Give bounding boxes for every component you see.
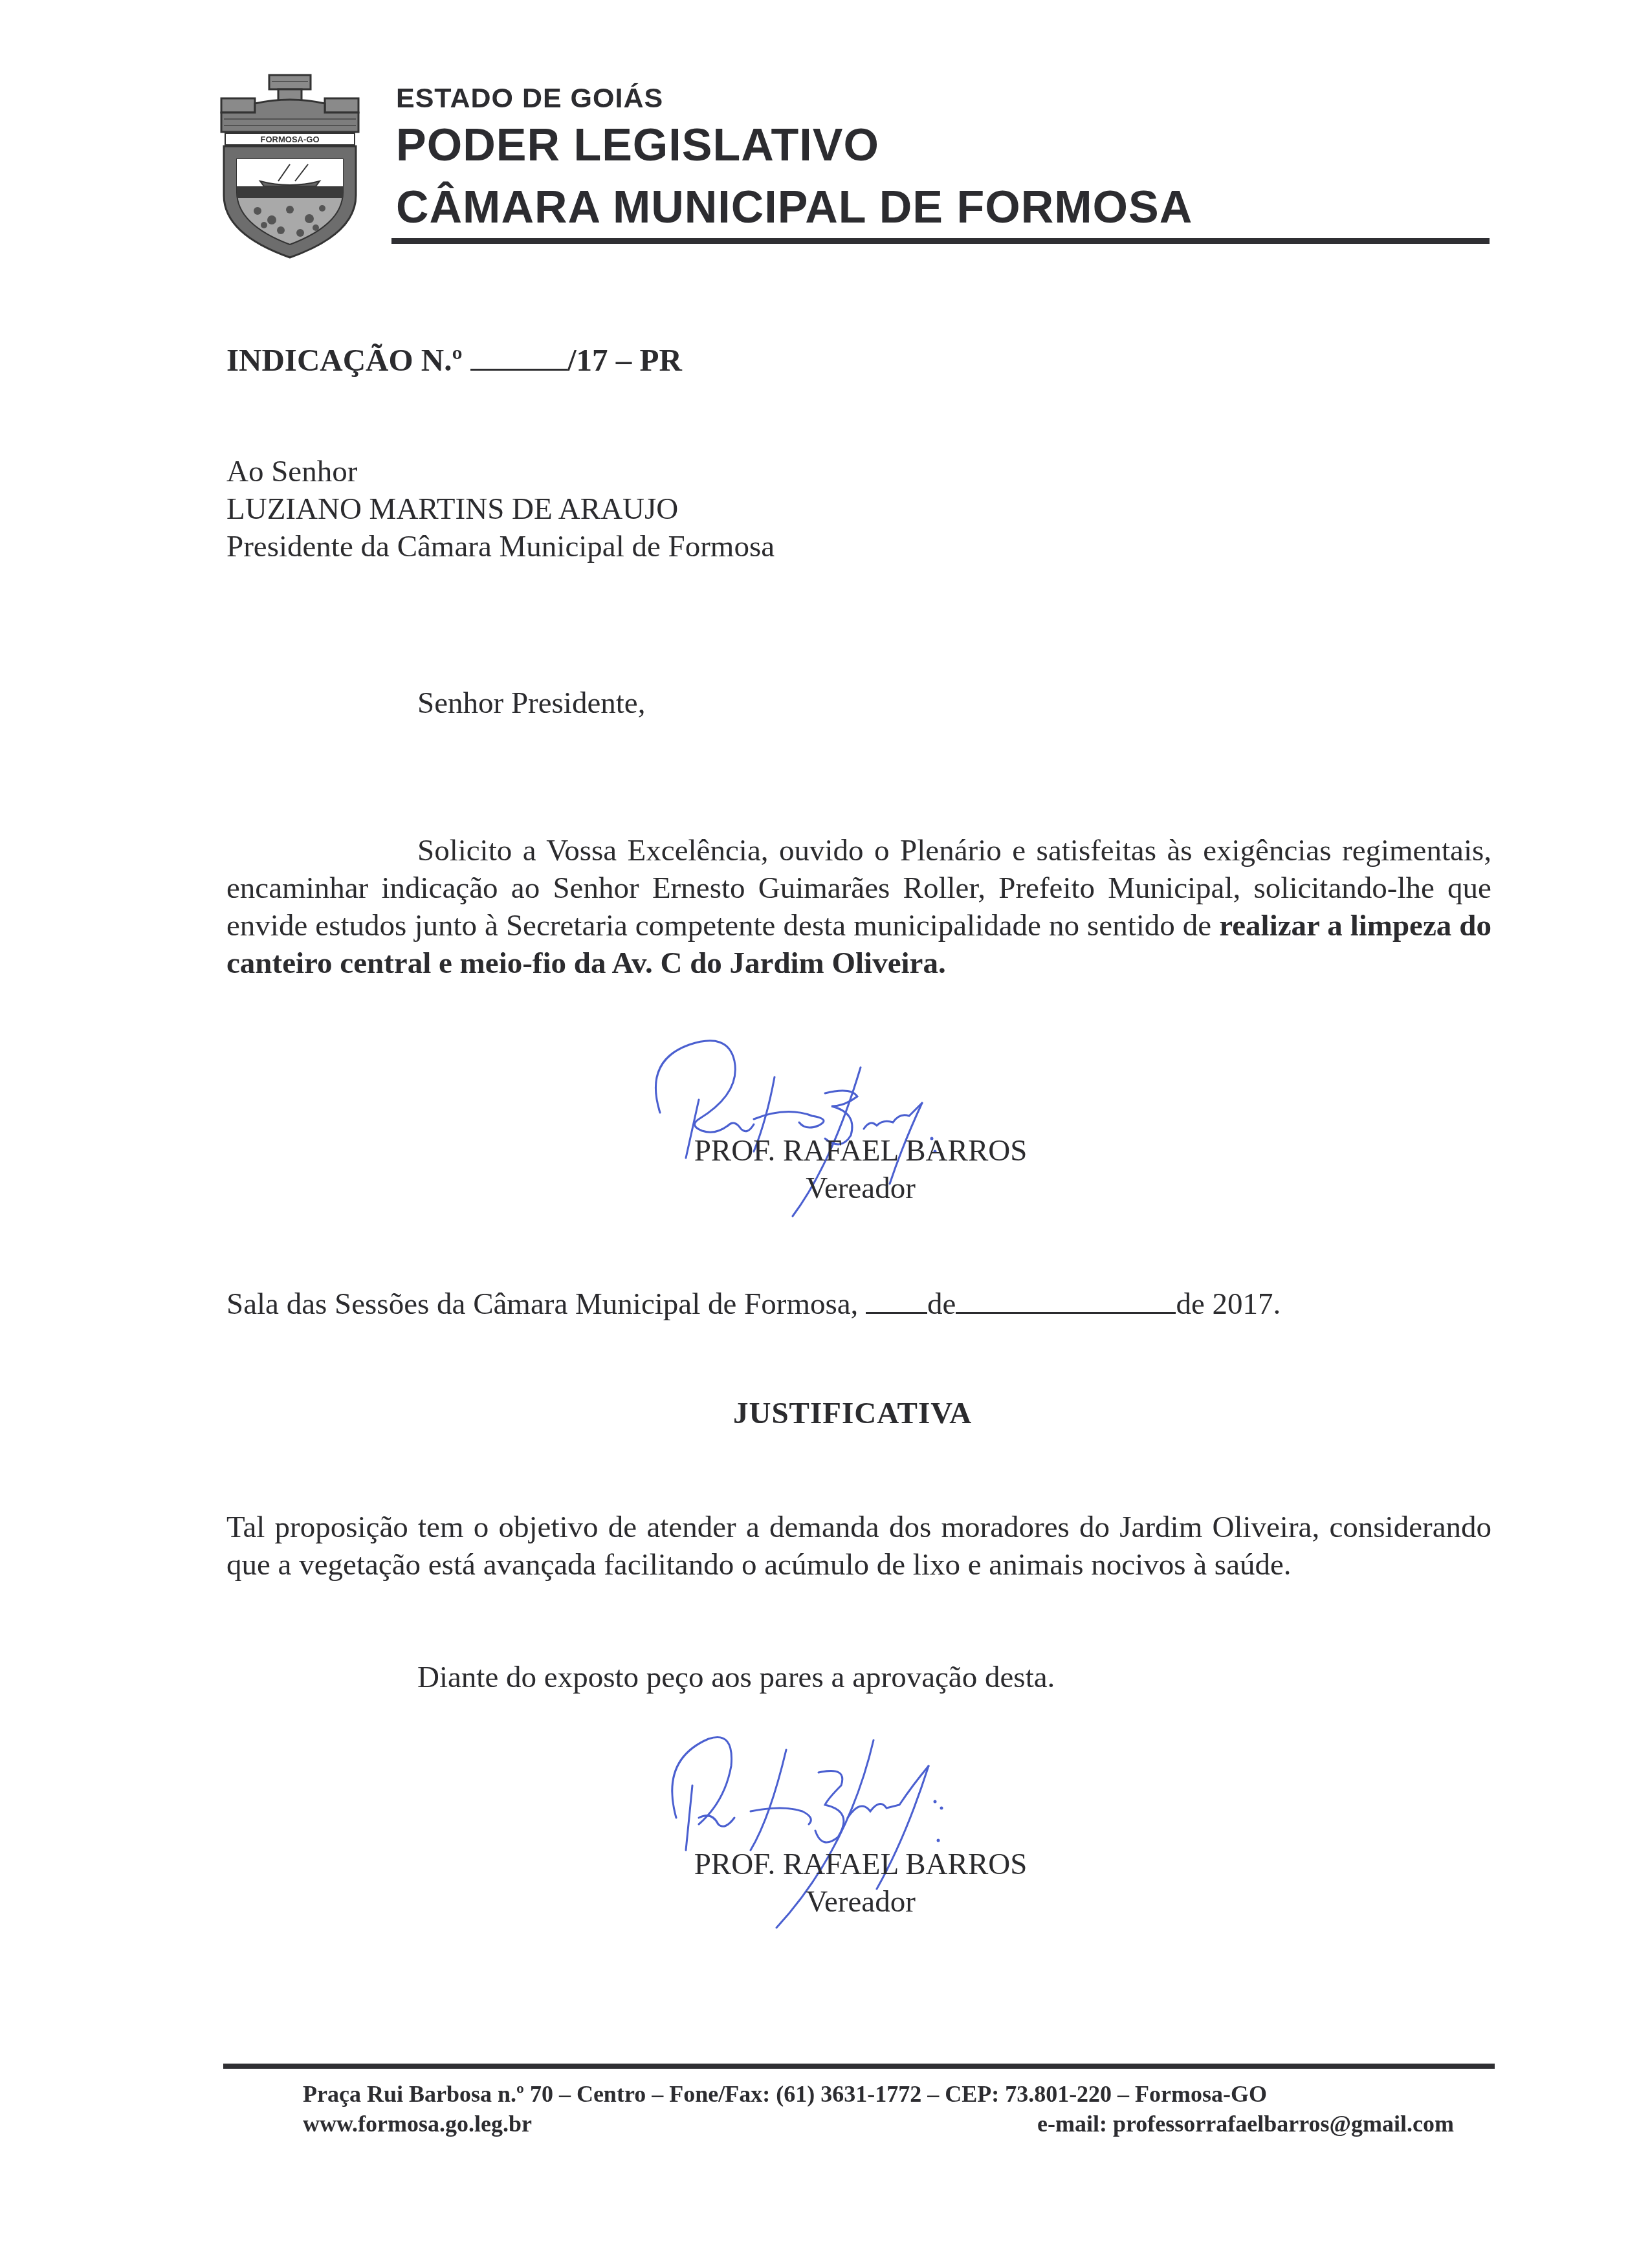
document-title: INDICAÇÃO N.º /17 – PR (226, 342, 682, 378)
signer-role: Vereador (634, 1170, 1087, 1207)
svg-text:FORMOSA-GO: FORMOSA-GO (261, 135, 320, 144)
footer-address: Praça Rui Barbosa n.º 70 – Centro – Fone… (303, 2080, 1267, 2108)
header-chamber: CÂMARA MUNICIPAL DE FORMOSA (396, 181, 1193, 233)
number-blank (470, 368, 567, 371)
title-suffix: /17 – PR (567, 342, 682, 378)
municipal-coat-of-arms-icon: FORMOSA-GO (219, 72, 374, 260)
footer-email-link[interactable]: e-mail: professorrafaelbarros@gmail.com (1037, 2110, 1454, 2137)
recipient-block: Ao Senhor LUZIANO MARTINS DE ARAUJO Pres… (226, 453, 775, 565)
header-state: ESTADO DE GOIÁS (396, 83, 663, 114)
session-date-line: Sala das Sessões da Câmara Municipal de … (226, 1285, 1281, 1323)
signature-block-2: PROF. RAFAEL BARROS Vereador (634, 1846, 1087, 1921)
recipient-role: Presidente da Câmara Municipal de Formos… (226, 528, 775, 565)
request-paragraph: Solicito a Vossa Excelência, ouvido o Pl… (226, 832, 1491, 982)
recipient-greeting: Ao Senhor (226, 453, 775, 490)
day-blank (866, 1311, 927, 1314)
signature-block-1: PROF. RAFAEL BARROS Vereador (634, 1132, 1087, 1207)
signer-role: Vereador (634, 1883, 1087, 1921)
salutation: Senhor Presidente, (417, 684, 645, 722)
footer-divider (223, 2064, 1495, 2069)
footer-website-link[interactable]: www.formosa.go.leg.br (303, 2110, 532, 2137)
recipient-name: LUZIANO MARTINS DE ARAUJO (226, 490, 775, 528)
justification-text: Tal proposição tem o objetivo de atender… (226, 1509, 1491, 1584)
title-prefix: INDICAÇÃO N.º (226, 342, 463, 378)
signer-name: PROF. RAFAEL BARROS (634, 1846, 1087, 1883)
session-suffix: de 2017. (1176, 1287, 1281, 1321)
justification-closing: Diante do exposto peço aos pares a aprov… (417, 1659, 1055, 1696)
justification-title: JUSTIFICATIVA (733, 1396, 972, 1431)
month-blank (956, 1311, 1176, 1314)
signer-name: PROF. RAFAEL BARROS (634, 1132, 1087, 1170)
header-divider (391, 238, 1490, 244)
session-prefix: Sala das Sessões da Câmara Municipal de … (226, 1287, 858, 1321)
session-de: de (927, 1287, 956, 1321)
header-power: PODER LEGISLATIVO (396, 119, 879, 171)
